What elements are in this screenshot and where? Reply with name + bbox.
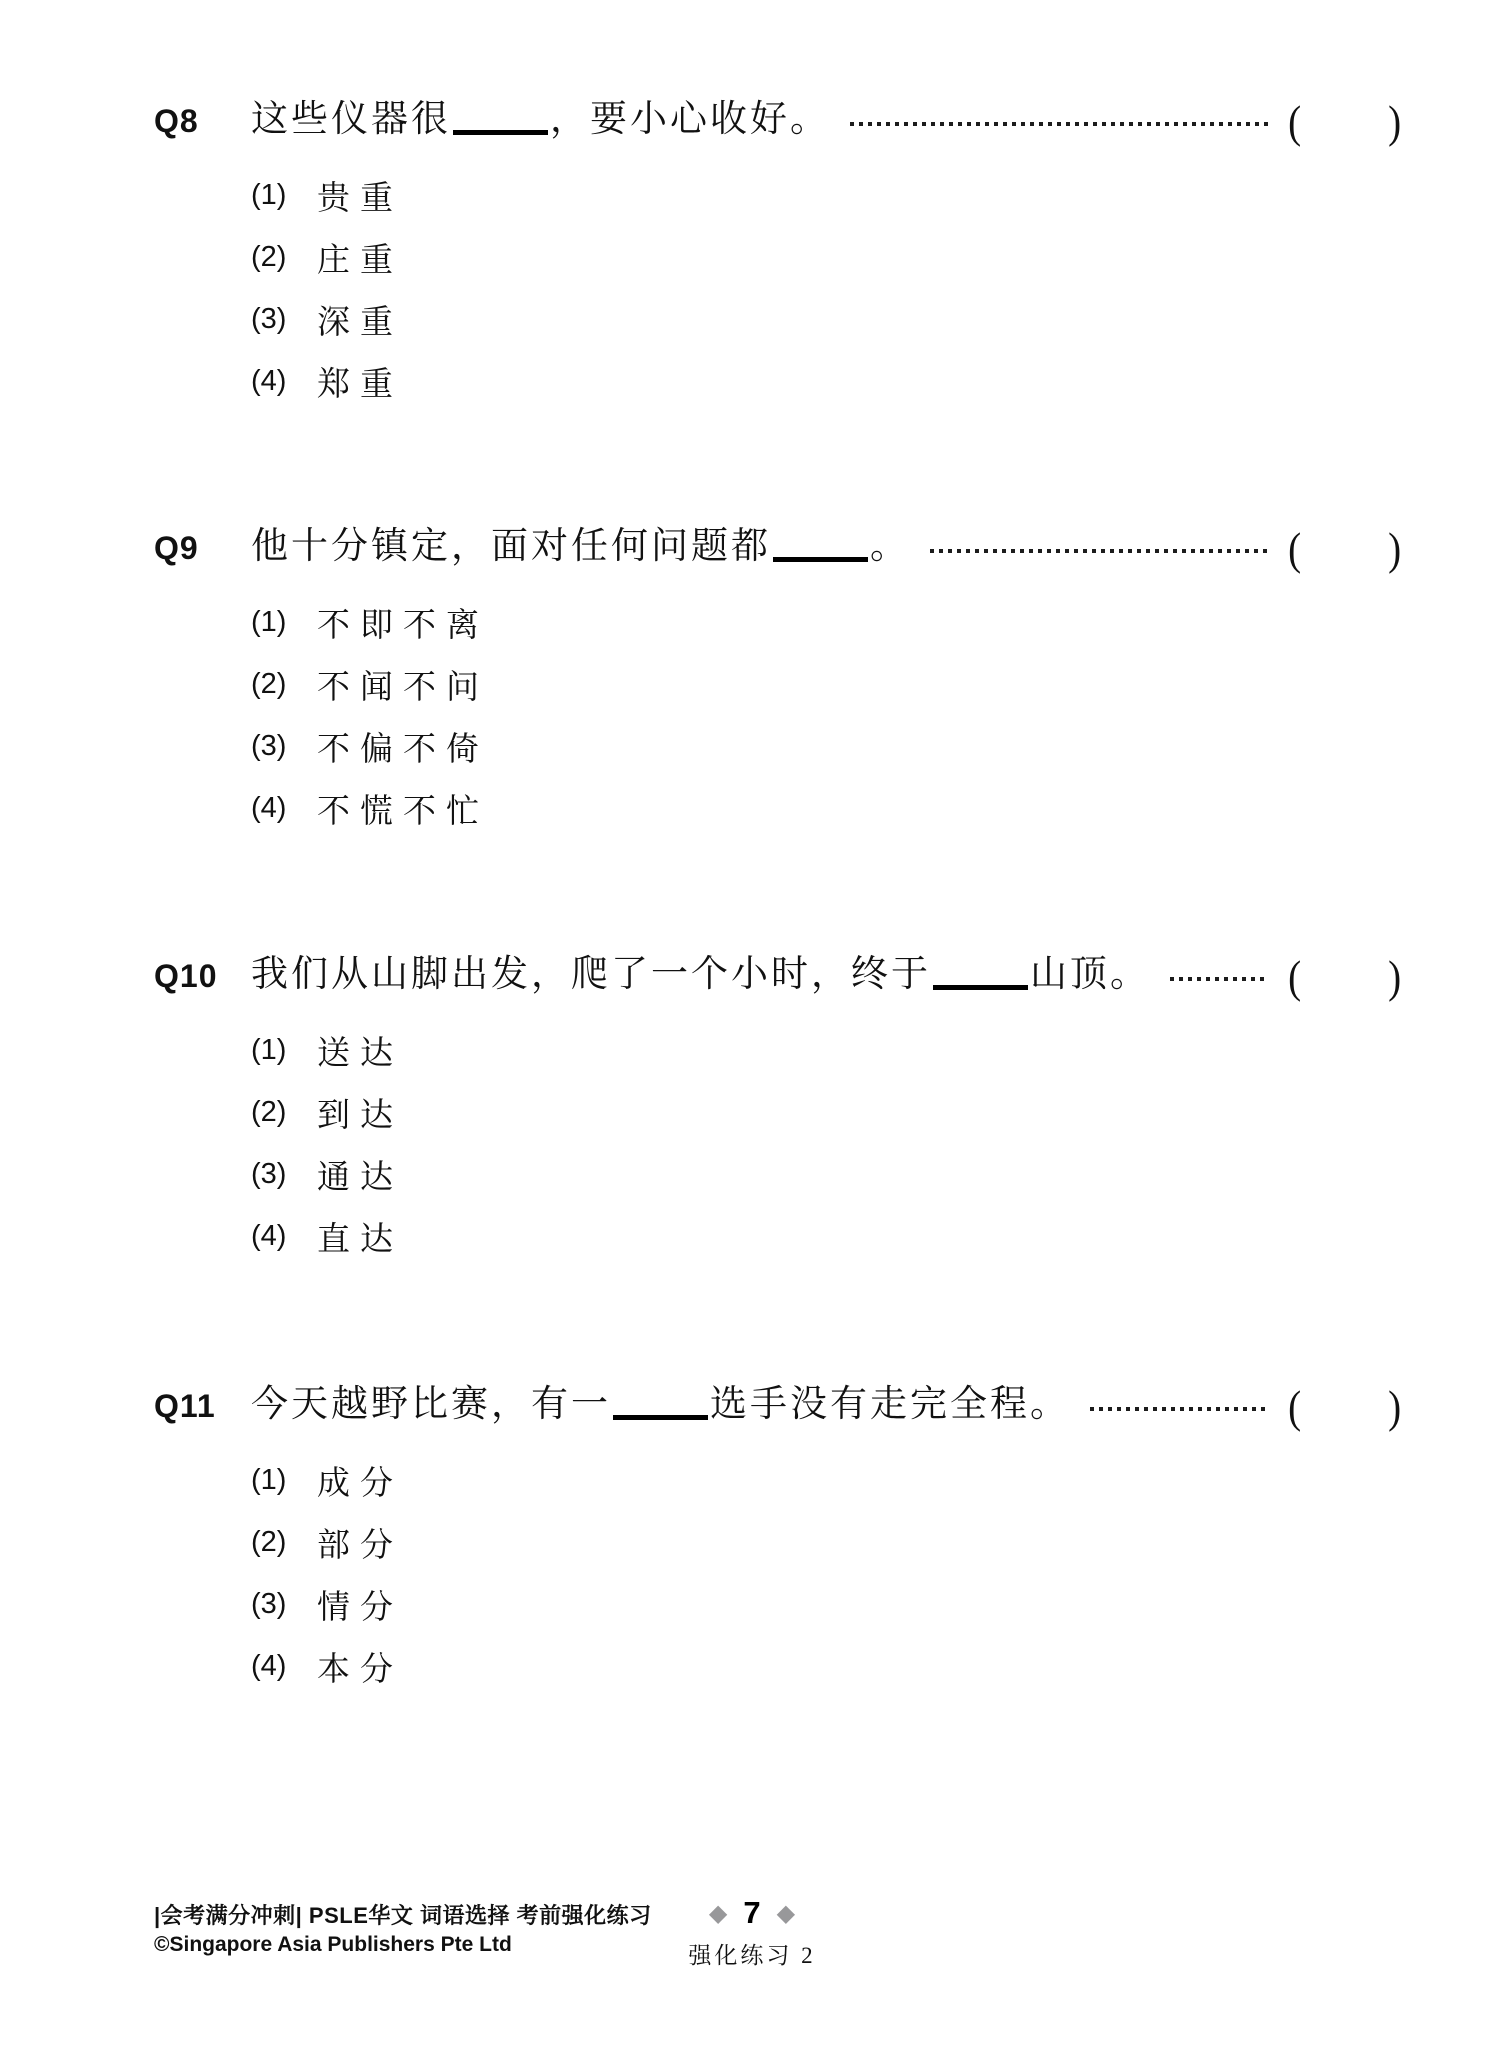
- option-text: 到达: [317, 1089, 403, 1136]
- fill-in-blank: [773, 547, 868, 562]
- option-row: (4) 郑重: [251, 350, 1402, 412]
- footer-page-block: ◆ 7 ◆ 强化练习 2: [688, 1896, 815, 1970]
- answer-bracket-open: (: [1288, 100, 1301, 144]
- option-row: (2) 到达: [251, 1081, 1402, 1143]
- option-text: 成分: [317, 1457, 403, 1504]
- page-number: 7: [743, 1896, 760, 1930]
- option-text: 通达: [317, 1151, 403, 1198]
- question-sentence: 他十分镇定，面对任何问题都。: [251, 523, 910, 571]
- question-block-q9: Q9 他十分镇定，面对任何问题都。 ( ) (1) 不即不离 (2) 不闻不问 …: [154, 523, 1402, 839]
- option-row: (4) 本分: [251, 1635, 1402, 1697]
- option-text: 本分: [317, 1643, 403, 1690]
- diamond-icon: ◆: [777, 1901, 795, 1925]
- sentence-pre: 他十分镇定，面对任何问题都: [251, 526, 771, 567]
- option-row: (3) 深重: [251, 288, 1402, 350]
- footer-publisher-block: |会考满分冲刺| PSLE华文 词语选择 考前强化练习 ©Singapore A…: [154, 1902, 652, 1958]
- option-text: 深重: [317, 296, 403, 343]
- option-text: 送达: [317, 1027, 403, 1074]
- answer-bracket-close: ): [1388, 955, 1401, 999]
- fill-in-blank: [453, 120, 548, 135]
- options-list: (1) 送达 (2) 到达 (3) 通达 (4) 直达: [154, 1019, 1402, 1267]
- option-number: (2): [251, 668, 317, 701]
- option-number: (3): [251, 1158, 317, 1191]
- options-list: (1) 成分 (2) 部分 (3) 情分 (4) 本分: [154, 1449, 1402, 1697]
- option-text: 郑重: [317, 358, 403, 405]
- option-number: (2): [251, 1526, 317, 1559]
- options-list: (1) 贵重 (2) 庄重 (3) 深重 (4) 郑重: [154, 164, 1402, 412]
- option-row: (4) 直达: [251, 1205, 1402, 1267]
- question-block-q10: Q10 我们从山脚出发，爬了一个小时，终于山顶。 ( ) (1) 送达 (2) …: [154, 951, 1402, 1267]
- question-block-q11: Q11 今天越野比赛，有一选手没有走完全程。 ( ) (1) 成分 (2) 部分…: [154, 1381, 1402, 1697]
- footer-series-title: |会考满分冲刺| PSLE华文 词语选择 考前强化练习: [154, 1902, 652, 1930]
- option-number: (4): [251, 792, 317, 825]
- answer-bracket-open: (: [1288, 955, 1301, 999]
- option-number: (2): [251, 1096, 317, 1129]
- option-number: (3): [251, 730, 317, 763]
- option-number: (3): [251, 1588, 317, 1621]
- worksheet-page: Q8 这些仪器很，要小心收好。 ( ) (1) 贵重 (2) 庄重 (3) 深重…: [0, 0, 1504, 2053]
- question-row: Q8 这些仪器很，要小心收好。 ( ): [154, 96, 1402, 144]
- sentence-post: 山顶。: [1030, 954, 1150, 995]
- question-block-q8: Q8 这些仪器很，要小心收好。 ( ) (1) 贵重 (2) 庄重 (3) 深重…: [154, 96, 1402, 412]
- option-row: (1) 成分: [251, 1449, 1402, 1511]
- option-number: (4): [251, 1650, 317, 1683]
- diamond-icon: ◆: [709, 1901, 727, 1925]
- page-number-row: ◆ 7 ◆: [688, 1896, 815, 1930]
- question-sentence: 这些仪器很，要小心收好。: [251, 96, 830, 144]
- option-number: (1): [251, 1464, 317, 1497]
- option-row: (1) 送达: [251, 1019, 1402, 1081]
- option-number: (4): [251, 365, 317, 398]
- sentence-post: ，要小心收好。: [550, 99, 830, 140]
- question-row: Q9 他十分镇定，面对任何问题都。 ( ): [154, 523, 1402, 571]
- question-number: Q11: [154, 1388, 251, 1424]
- option-text: 不闻不问: [317, 661, 489, 708]
- option-row: (1) 不即不离: [251, 591, 1402, 653]
- question-sentence: 今天越野比赛，有一选手没有走完全程。: [251, 1381, 1070, 1429]
- dot-leader: [1170, 977, 1269, 981]
- answer-brackets: ( ): [1287, 100, 1402, 144]
- dot-leader: [850, 122, 1269, 126]
- answer-bracket-open: (: [1288, 1385, 1301, 1429]
- option-number: (3): [251, 303, 317, 336]
- question-number: Q8: [154, 103, 251, 139]
- option-row: (1) 贵重: [251, 164, 1402, 226]
- footer-section-label: 强化练习 2: [688, 1937, 815, 1970]
- answer-bracket-close: ): [1388, 1385, 1401, 1429]
- option-number: (1): [251, 606, 317, 639]
- option-text: 庄重: [317, 234, 403, 281]
- sentence-post: 。: [870, 526, 910, 567]
- question-row: Q10 我们从山脚出发，爬了一个小时，终于山顶。 ( ): [154, 951, 1402, 999]
- question-number: Q10: [154, 958, 251, 994]
- footer-copyright: ©Singapore Asia Publishers Pte Ltd: [154, 1932, 652, 1958]
- option-row: (3) 情分: [251, 1573, 1402, 1635]
- sentence-pre: 今天越野比赛，有一: [251, 1384, 611, 1425]
- sentence-pre: 我们从山脚出发，爬了一个小时，终于: [251, 954, 931, 995]
- option-text: 直达: [317, 1213, 403, 1260]
- option-number: (1): [251, 179, 317, 212]
- option-number: (2): [251, 241, 317, 274]
- options-list: (1) 不即不离 (2) 不闻不问 (3) 不偏不倚 (4) 不慌不忙: [154, 591, 1402, 839]
- sentence-pre: 这些仪器很: [251, 99, 451, 140]
- option-text: 部分: [317, 1519, 403, 1566]
- sentence-post: 选手没有走完全程。: [710, 1384, 1070, 1425]
- fill-in-blank: [933, 975, 1028, 990]
- question-number: Q9: [154, 530, 251, 566]
- answer-brackets: ( ): [1287, 955, 1402, 999]
- fill-in-blank: [613, 1405, 708, 1420]
- answer-bracket-close: ): [1388, 100, 1401, 144]
- option-text: 情分: [317, 1581, 403, 1628]
- option-row: (3) 通达: [251, 1143, 1402, 1205]
- answer-bracket-close: ): [1388, 527, 1401, 571]
- dot-leader: [1090, 1407, 1269, 1411]
- option-row: (4) 不慌不忙: [251, 777, 1402, 839]
- answer-brackets: ( ): [1287, 527, 1402, 571]
- answer-brackets: ( ): [1287, 1385, 1402, 1429]
- answer-bracket-open: (: [1288, 527, 1301, 571]
- option-row: (2) 庄重: [251, 226, 1402, 288]
- option-text: 不即不离: [317, 599, 489, 646]
- option-number: (1): [251, 1034, 317, 1067]
- question-sentence: 我们从山脚出发，爬了一个小时，终于山顶。: [251, 951, 1150, 999]
- option-number: (4): [251, 1220, 317, 1253]
- option-text: 不慌不忙: [317, 785, 489, 832]
- option-text: 贵重: [317, 172, 403, 219]
- option-row: (2) 不闻不问: [251, 653, 1402, 715]
- option-row: (3) 不偏不倚: [251, 715, 1402, 777]
- dot-leader: [930, 549, 1269, 553]
- question-row: Q11 今天越野比赛，有一选手没有走完全程。 ( ): [154, 1381, 1402, 1429]
- option-text: 不偏不倚: [317, 723, 489, 770]
- option-row: (2) 部分: [251, 1511, 1402, 1573]
